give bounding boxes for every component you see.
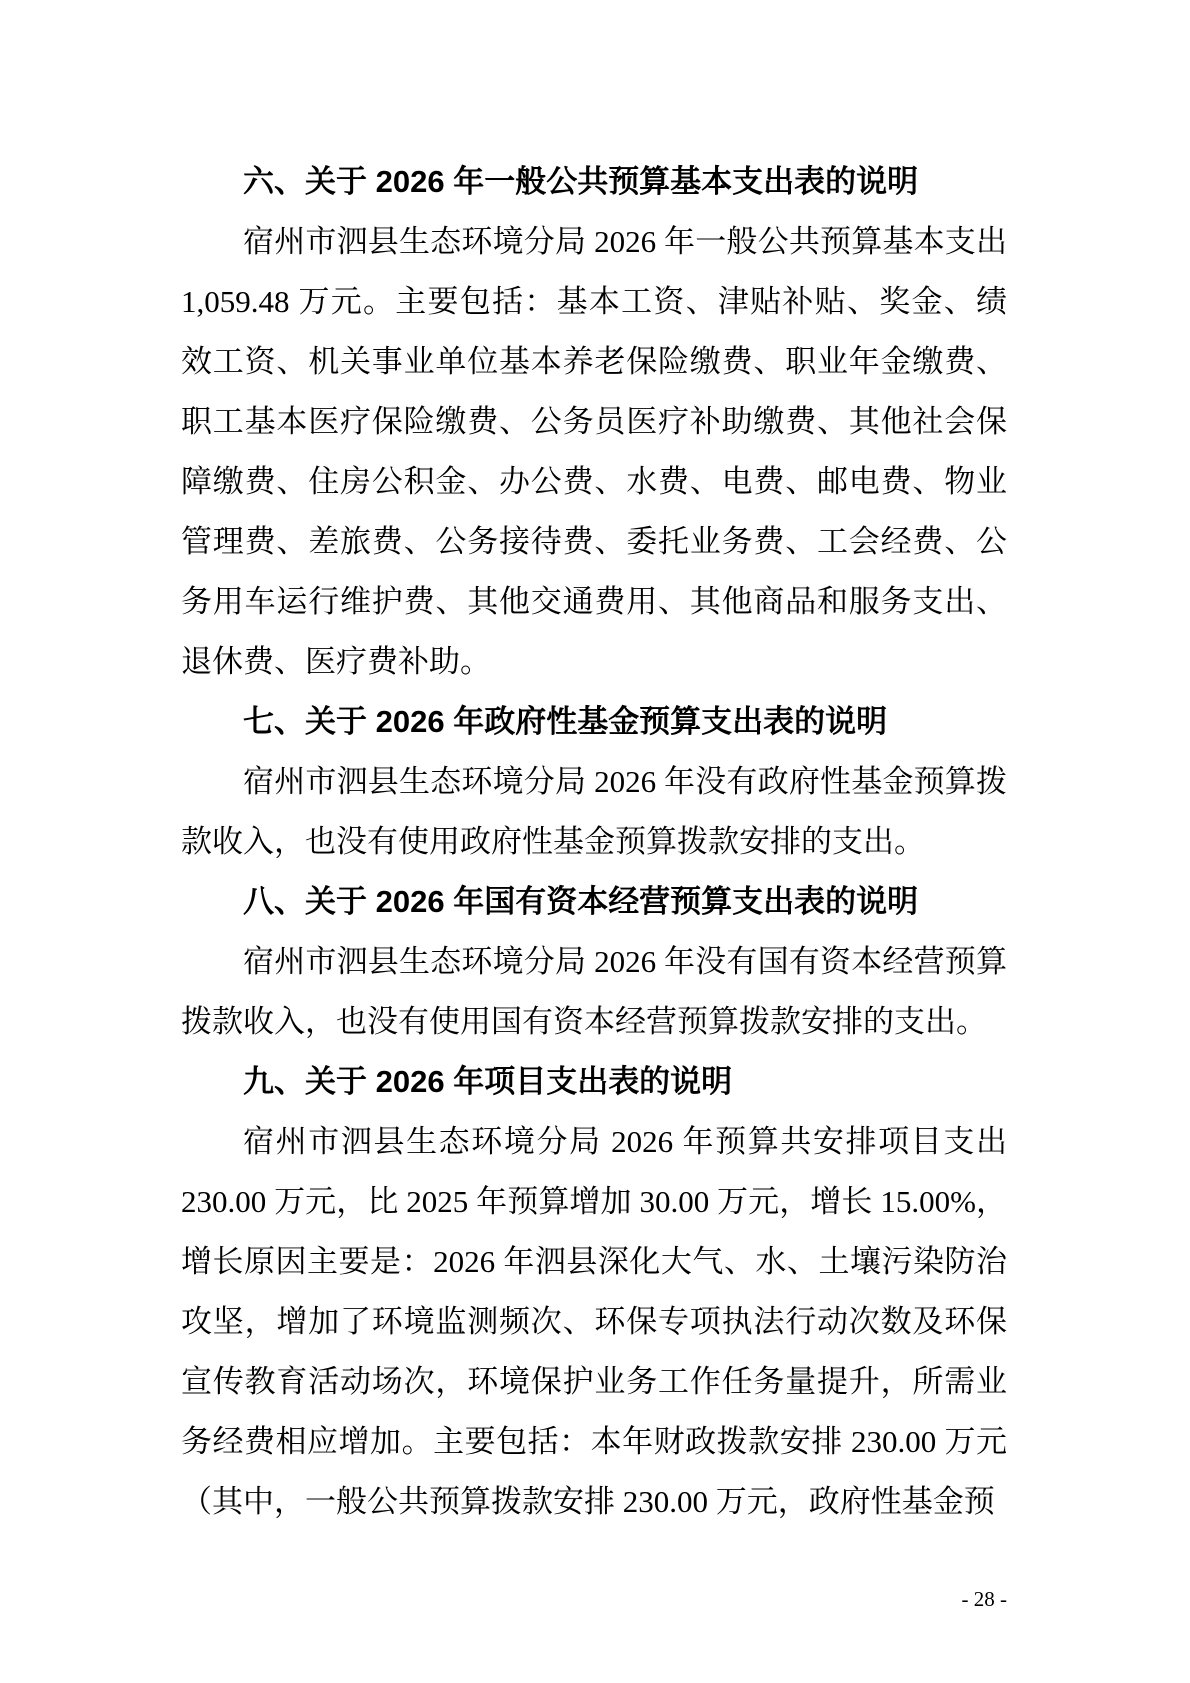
page-number: - 28 - xyxy=(962,1587,1008,1611)
section-state-capital-budget: 八、关于 2026 年国有资本经营预算支出表的说明 宿州市泗县生态环境分局 20… xyxy=(181,872,1007,1052)
document-page: 六、关于 2026 年一般公共预算基本支出表的说明 宿州市泗县生态环境分局 20… xyxy=(0,0,1190,1683)
section-heading: 九、关于 2026 年项目支出表的说明 xyxy=(181,1052,1007,1112)
document-body: 六、关于 2026 年一般公共预算基本支出表的说明 宿州市泗县生态环境分局 20… xyxy=(181,152,1007,1532)
section-project-expenditure: 九、关于 2026 年项目支出表的说明 宿州市泗县生态环境分局 2026 年预算… xyxy=(181,1052,1007,1532)
section-heading: 七、关于 2026 年政府性基金预算支出表的说明 xyxy=(181,692,1007,752)
section-government-fund-budget: 七、关于 2026 年政府性基金预算支出表的说明 宿州市泗县生态环境分局 202… xyxy=(181,692,1007,872)
section-paragraph: 宿州市泗县生态环境分局 2026 年没有政府性基金预算拨款收入，也没有使用政府性… xyxy=(181,752,1007,872)
section-heading: 六、关于 2026 年一般公共预算基本支出表的说明 xyxy=(181,152,1007,212)
section-heading: 八、关于 2026 年国有资本经营预算支出表的说明 xyxy=(181,872,1007,932)
section-paragraph: 宿州市泗县生态环境分局 2026 年没有国有资本经营预算拨款收入，也没有使用国有… xyxy=(181,932,1007,1052)
section-basic-expenditure: 六、关于 2026 年一般公共预算基本支出表的说明 宿州市泗县生态环境分局 20… xyxy=(181,152,1007,692)
section-paragraph: 宿州市泗县生态环境分局 2026 年一般公共预算基本支出 1,059.48 万元… xyxy=(181,212,1007,692)
page-footer: - 28 - xyxy=(181,1586,1007,1612)
section-paragraph: 宿州市泗县生态环境分局 2026 年预算共安排项目支出 230.00 万元，比 … xyxy=(181,1112,1007,1532)
